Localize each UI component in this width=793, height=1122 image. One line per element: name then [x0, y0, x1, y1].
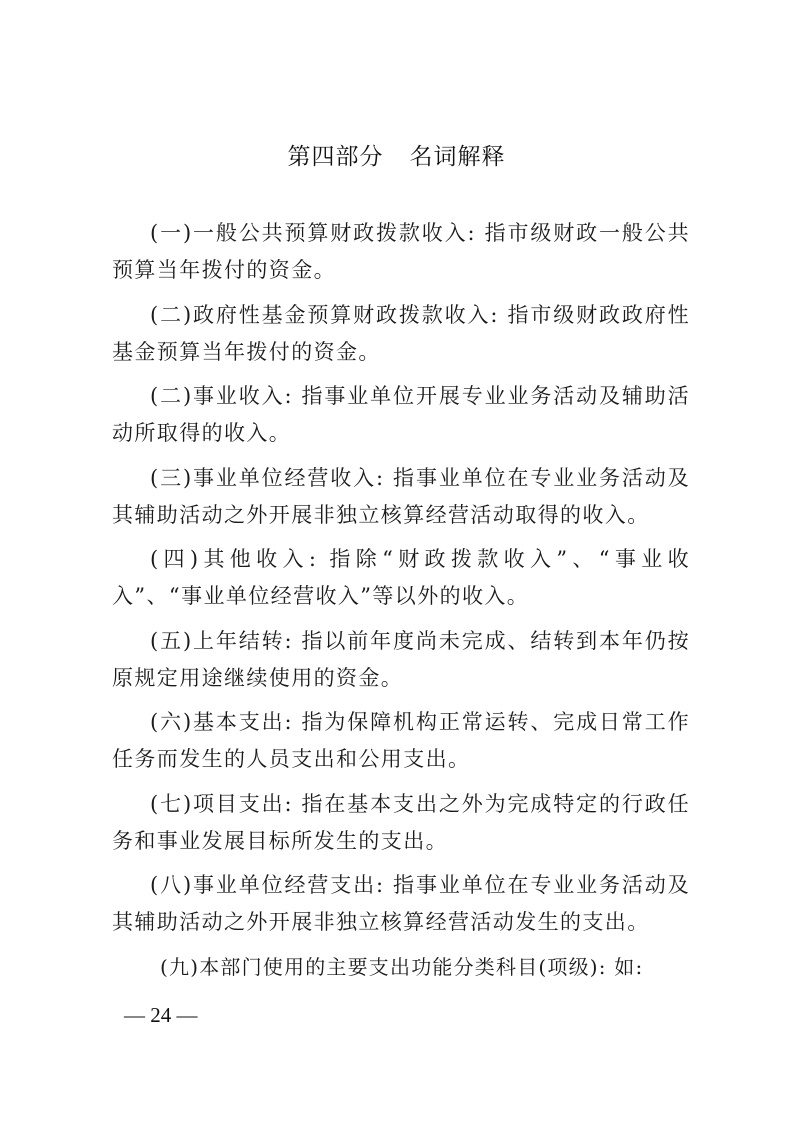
- title-part: 第四部分: [288, 144, 384, 170]
- paragraph-function-classification: (九)本部门使用的主要支出功能分类科目(项级): 如:: [112, 949, 690, 986]
- paragraph-business-income: (二)事业收入: 指事业单位开展专业业务活动及辅助活动所取得的收入。: [112, 378, 690, 452]
- paragraph-general-budget-income: (一)一般公共预算财政拨款收入: 指市级财政一般公共预算当年拨付的资金。: [112, 215, 690, 289]
- paragraph-other-income: (四)其他收入: 指除“财政拨款收入”、“事业收入”、“事业单位经营收入”等以外…: [112, 541, 690, 615]
- page-number: — 24 —: [124, 1003, 198, 1028]
- title-name: 名词解释: [410, 144, 506, 170]
- paragraph-carryover: (五)上年结转: 指以前年度尚未完成、结转到本年仍按原规定用途继续使用的资金。: [112, 623, 690, 697]
- document-body: (一)一般公共预算财政拨款收入: 指市级财政一般公共预算当年拨付的资金。 (二)…: [112, 215, 690, 993]
- paragraph-operating-expenditure: (八)事业单位经营支出: 指事业单位在专业业务活动及其辅助活动之外开展非独立核算…: [112, 867, 690, 941]
- paragraph-basic-expenditure: (六)基本支出: 指为保障机构正常运转、完成日常工作任务而发生的人员支出和公用支…: [112, 704, 690, 778]
- paragraph-government-fund-income: (二)政府性基金预算财政拨款收入: 指市级财政政府性基金预算当年拨付的资金。: [112, 297, 690, 371]
- page-title: 第四部分名词解释: [0, 138, 793, 171]
- paragraph-operating-income: (三)事业单位经营收入: 指事业单位在专业业务活动及其辅助活动之外开展非独立核算…: [112, 460, 690, 534]
- paragraph-project-expenditure: (七)项目支出: 指在基本支出之外为完成特定的行政任务和事业发展目标所发生的支出…: [112, 786, 690, 860]
